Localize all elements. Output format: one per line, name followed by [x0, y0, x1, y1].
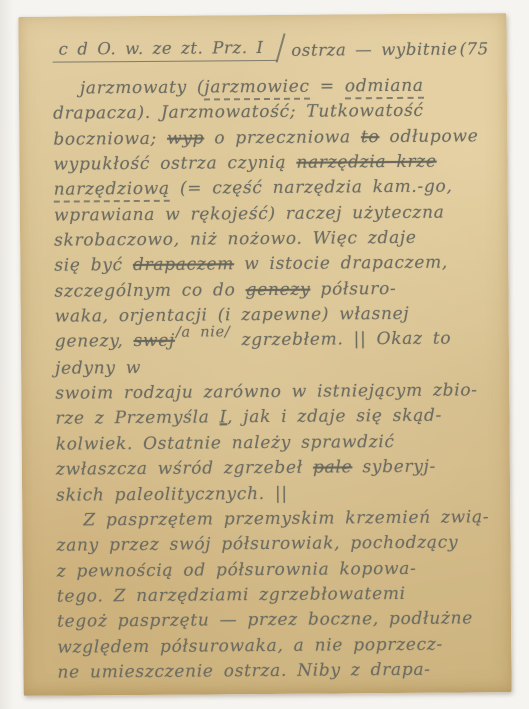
text-segment: odłupowe [379, 126, 478, 147]
text-segment: o przeczniowa [204, 127, 361, 148]
text-segment: rze z Przemyśla [55, 408, 219, 429]
text-segment: wyp [167, 128, 204, 148]
manuscript-line: kolwiek. Ostatnie należy sprawdzić [56, 429, 502, 458]
text-segment: zwłaszcza wśród zgrzebeł [56, 458, 313, 480]
text-segment: z pewnością od półsurownia kopowa- [57, 558, 417, 581]
text-segment: swoim rodzaju zarówno w istniejącym zbio… [55, 380, 478, 403]
text-segment: I [220, 408, 228, 428]
manuscript-line: rze z Przemyśla I, jak i zdaje się skąd- [55, 404, 501, 433]
text-segment: drapaczem [133, 255, 234, 276]
text-segment: waka, orjentacji (i zapewne) własnej [55, 304, 410, 327]
manuscript-line: zany przez swój półsurowiak, pochodzący [56, 530, 502, 559]
text-segment: półsuro- [310, 279, 396, 300]
text-segment: zany przez swój półsurowiak, pochodzący [56, 533, 458, 556]
text-segment: pale [313, 457, 352, 477]
header-note: c d O. w. ze zt. Prz. I [53, 38, 278, 63]
manuscript-line: skrobaczowo, niż nożowo. Więc zdaje [54, 225, 500, 254]
header-row: c d O. w. ze zt. Prz. I ostrza — wybitni… [52, 31, 498, 63]
text-segment: kolwiek. Ostatnie należy sprawdzić [56, 432, 395, 455]
text-segment: genezy, [55, 331, 134, 352]
page-number: (75 [459, 39, 488, 59]
manuscript-line: swoim rodzaju zarówno w istniejącym zbio… [55, 378, 501, 407]
text-segment: Z pasprzętem przemyskim krzemień zwią- [83, 507, 489, 530]
manuscript-line: boczniowa; wyp o przeczniowa to odłupowe [53, 124, 499, 153]
text-segment: /a nie/ [176, 321, 231, 347]
manuscript-content: c d O. w. ze zt. Prz. I ostrza — wybitni… [18, 13, 511, 696]
manuscript-page: c d O. w. ze zt. Prz. I ostrza — wybitni… [18, 13, 511, 696]
text-segment: odmiana [345, 76, 424, 100]
text-segment: = [310, 76, 345, 96]
text-segment: syberyj- [352, 457, 436, 478]
manuscript-line: jarzmowaty (jarzmowiec = odmiana [53, 73, 499, 102]
text-segment: tego. Z narzędziami zgrzebłowatemi [57, 584, 406, 607]
text-segment: drapacza). Jarzmowatość; Tutkowatość [53, 101, 424, 124]
text-segment: wypukłość ostrza czynią [53, 153, 296, 175]
text-segment: szczególnym co do [54, 280, 245, 302]
text-segment: (= część narzędzia kam.-go, [170, 177, 453, 199]
text-segment: tegoż pasprzętu — przez boczne, podłużne [57, 609, 473, 632]
manuscript-line: drapacza). Jarzmowatość; Tutkowatość [53, 98, 499, 127]
text-segment: jarzmowaty ( [80, 77, 205, 98]
text-segment: w istocie drapaczem, [234, 253, 448, 275]
manuscript-line: genezy, swej/a nie/ zgrzebłem. || Okaz t… [55, 327, 501, 382]
text-segment: skrobaczowo, niż nożowo. Więc zdaje [54, 228, 417, 251]
manuscript-line: się być drapaczem w istocie drapaczem, [54, 251, 500, 280]
text-segment: skich paleolitycznych. || [56, 483, 288, 505]
manuscript-line: szczególnym co do genezy półsuro- [54, 276, 500, 305]
manuscript-line: waka, orjentacji (i zapewne) własnej [55, 301, 501, 330]
manuscript-line: wprawiana w rękojeść) raczej użyteczna [54, 200, 500, 229]
manuscript-line: wypukłość ostrza czynią narzędzia krze [53, 149, 499, 178]
manuscript-line: narzędziową (= część narzędzia kam.-go, [54, 175, 500, 204]
text-segment: narzędziową [54, 179, 170, 203]
manuscript-line: Z pasprzętem przemyskim krzemień zwią- [56, 505, 502, 534]
manuscript-line: z pewnością od półsurownia kopowa- [57, 556, 503, 585]
text-segment: ne umieszczenie ostrza. Niby z drapa- [57, 660, 430, 683]
text-segment: boczniowa; [53, 128, 167, 149]
manuscript-line: zwłaszcza wśród zgrzebeł pale syberyj- [56, 454, 502, 483]
text-segment: względem półsurowaka, a nie poprzecz- [57, 634, 443, 657]
text-segment: narzędzia krze [296, 152, 436, 173]
manuscript-line: tego. Z narzędziami zgrzebłowatemi [57, 581, 503, 610]
text-segment: jarzmowiec [204, 77, 310, 101]
manuscript-lines: jarzmowaty (jarzmowiec = odmianadrapacza… [53, 73, 504, 686]
manuscript-line: względem półsurowaka, a nie poprzecz- [57, 632, 503, 661]
manuscript-line: tegoż pasprzętu — przez boczne, podłużne [57, 606, 503, 635]
text-segment: się być [54, 255, 133, 276]
text-segment: to [361, 127, 380, 147]
text-segment: wprawiana w rękojeść) raczej użyteczna [54, 202, 445, 225]
header-keyword: ostrza — wybitnie [291, 39, 457, 60]
manuscript-line: ne umieszczenie ostrza. Niby z drapa- [57, 657, 503, 686]
text-segment: swej [133, 331, 175, 351]
manuscript-line: skich paleolitycznych. || [56, 480, 502, 509]
text-segment: genezy [246, 279, 311, 300]
text-segment: , jak i zdaje się skąd- [227, 406, 442, 428]
